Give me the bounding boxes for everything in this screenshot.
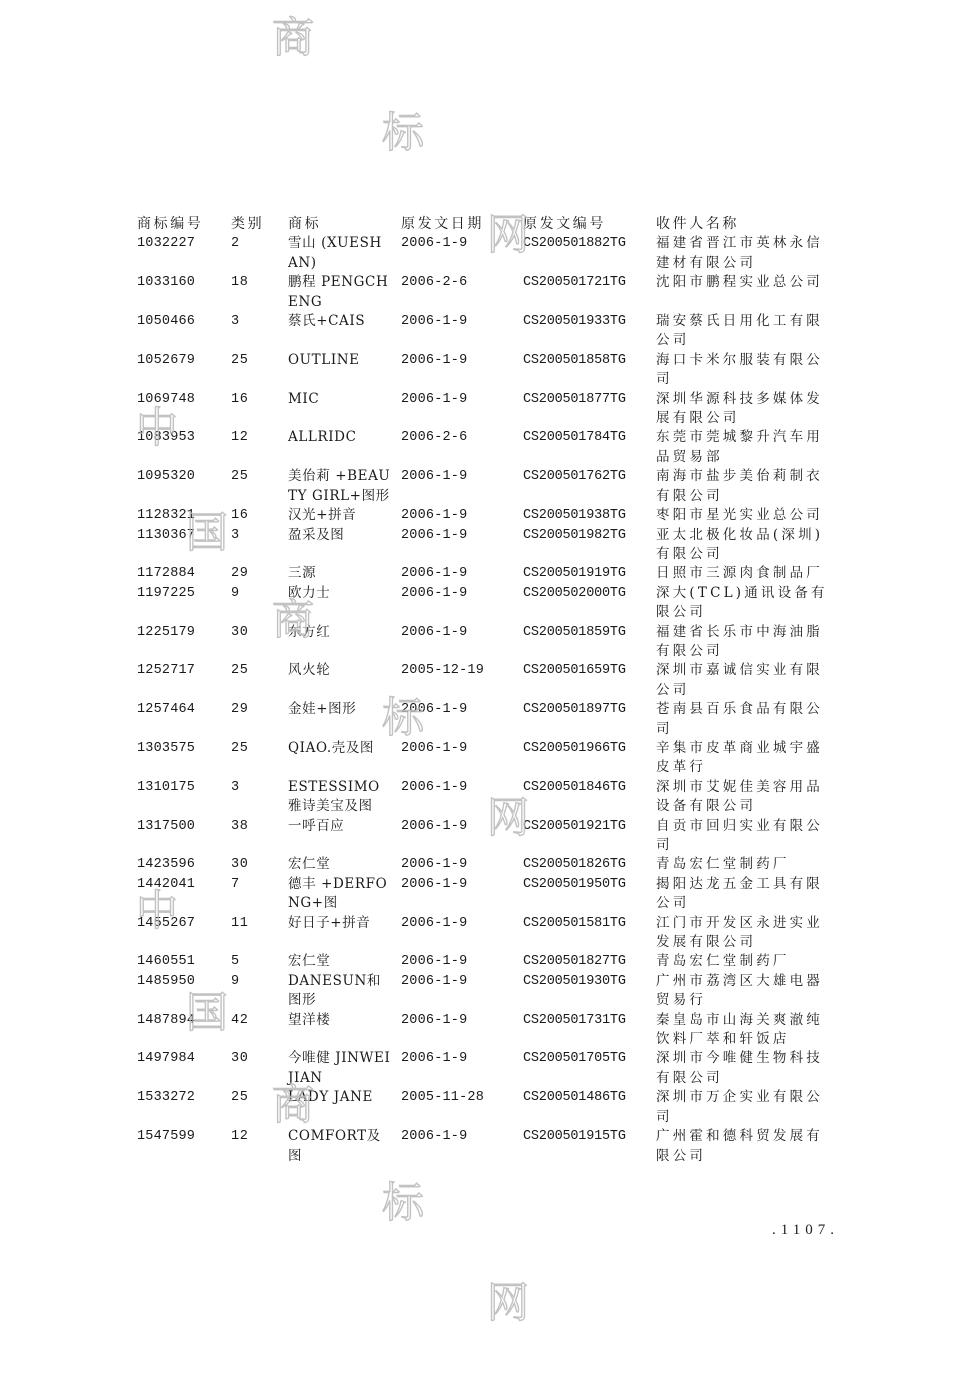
cell-class: 25 — [231, 739, 288, 758]
trademark-text: 宏仁堂 — [288, 952, 392, 971]
cell-original-doc-no: CS200501581TG — [523, 914, 656, 933]
cell-class: 2 — [231, 234, 288, 253]
trademark-text: MIC — [288, 390, 392, 409]
table-row: 153327225LADY JANE2005-11-28CS200501486T… — [137, 1088, 857, 1127]
cell-original-date: 2006-2-6 — [401, 428, 523, 447]
cell-recipient-name: 瑞安蔡氏日用化工有限公司 — [656, 312, 834, 351]
watermark-glyph: 网 — [487, 1280, 529, 1326]
cell-original-date: 2006-1-9 — [401, 778, 523, 797]
table-row: 106974816MIC2006-1-9CS200501877TG深圳华源科技多… — [137, 390, 857, 429]
page-number: .1107. — [772, 1222, 839, 1239]
cell-original-date: 2006-1-9 — [401, 1011, 523, 1030]
cell-trademark-number: 1128321 — [137, 506, 231, 525]
cell-original-doc-no: CS200501915TG — [523, 1127, 656, 1146]
cell-original-doc-no: CS200501486TG — [523, 1088, 656, 1107]
cell-trademark: ESTESSIMO雅诗美宝及图 — [288, 778, 401, 817]
cell-recipient-name: 福建省晋江市英林永信建材有限公司 — [656, 234, 834, 273]
cell-recipient-name: 深圳市嘉诚信实业有限公司 — [656, 661, 834, 700]
table-row: 122517930东方红2006-1-9CS200501859TG福建省长乐市中… — [137, 623, 857, 662]
cell-recipient-name: 秦皇岛市山海关爽澈纯饮料厂萃和轩饭店 — [656, 1011, 834, 1050]
cell-class: 42 — [231, 1011, 288, 1030]
header-class: 类别 — [231, 215, 288, 234]
table-row: 112832116汉光+拼音2006-1-9CS200501938TG枣阳市星光… — [137, 506, 857, 525]
cell-original-date: 2006-1-9 — [401, 972, 523, 991]
table-row: 125746429金娃+图形2006-1-9CS200501897TG苍南县百乐… — [137, 700, 857, 739]
table-row: 117288429三源2006-1-9CS200501919TG日照市三源肉食制… — [137, 564, 857, 583]
cell-original-date: 2006-1-9 — [401, 564, 523, 583]
cell-original-doc-no: CS200501877TG — [523, 390, 656, 409]
cell-recipient-name: 深圳市今唯健生物科技有限公司 — [656, 1049, 834, 1088]
table-row: 131750038一呼百应2006-1-9CS200501921TG自贡市回归实… — [137, 817, 857, 856]
cell-recipient-name: 南海市盐步美佁莉制衣有限公司 — [656, 467, 834, 506]
header-trademark: 商标 — [288, 215, 401, 234]
cell-trademark-number: 1423596 — [137, 855, 231, 874]
cell-trademark: 一呼百应 — [288, 817, 401, 836]
cell-original-doc-no: CS200501659TG — [523, 661, 656, 680]
cell-trademark-number: 1083953 — [137, 428, 231, 447]
cell-original-doc-no: CS200501846TG — [523, 778, 656, 797]
cell-trademark: 望洋楼 — [288, 1011, 401, 1030]
cell-trademark: 今唯健 JINWEIJIAN — [288, 1049, 401, 1088]
table-row: 125271725风火轮2005-12-19CS200501659TG深圳市嘉诚… — [137, 661, 857, 700]
cell-original-date: 2005-12-19 — [401, 661, 523, 680]
cell-class: 38 — [231, 817, 288, 836]
table-header-row: 商标编号 类别 商标 原发文日期 原发文编号 收件人名称 — [137, 215, 857, 234]
cell-original-doc-no: CS200501930TG — [523, 972, 656, 991]
cell-original-doc-no: CS200501705TG — [523, 1049, 656, 1068]
cell-trademark-number: 1460551 — [137, 952, 231, 971]
cell-recipient-name: 深圳华源科技多媒体发展有限公司 — [656, 390, 834, 429]
cell-trademark-number: 1130367 — [137, 526, 231, 545]
table-row: 105267925OUTLINE2006-1-9CS200501858TG海口卡… — [137, 351, 857, 390]
cell-class: 11 — [231, 914, 288, 933]
cell-trademark-number: 1197225 — [137, 584, 231, 603]
trademark-text: OUTLINE — [288, 351, 392, 370]
cell-class: 30 — [231, 623, 288, 642]
cell-recipient-name: 苍南县百乐食品有限公司 — [656, 700, 834, 739]
cell-trademark-number: 1487894 — [137, 1011, 231, 1030]
trademark-table: 商标编号 类别 商标 原发文日期 原发文编号 收件人名称 10322272雪山 … — [137, 215, 857, 1166]
cell-class: 30 — [231, 855, 288, 874]
cell-original-date: 2006-1-9 — [401, 390, 523, 409]
cell-class: 18 — [231, 273, 288, 292]
cell-trademark-number: 1257464 — [137, 700, 231, 719]
cell-original-doc-no: CS200501859TG — [523, 623, 656, 642]
table-row: 11303673盈采及图2006-1-9CS200501982TG亚太北极化妆品… — [137, 526, 857, 565]
table-row: 154759912COMFORT及图2006-1-9CS200501915TG广… — [137, 1127, 857, 1166]
table-row: 14859509DANESUN和图形2006-1-9CS200501930TG广… — [137, 972, 857, 1011]
cell-original-doc-no: CS200501858TG — [523, 351, 656, 370]
cell-trademark-number: 1533272 — [137, 1088, 231, 1107]
cell-original-date: 2006-1-9 — [401, 526, 523, 545]
trademark-text: 宏仁堂 — [288, 855, 392, 874]
cell-original-doc-no: CS200501950TG — [523, 875, 656, 894]
header-original-date: 原发文日期 — [401, 215, 523, 234]
cell-original-date: 2006-1-9 — [401, 506, 523, 525]
cell-original-date: 2006-1-9 — [401, 623, 523, 642]
table-row: 10504663蔡氏+CAIS2006-1-9CS200501933TG瑞安蔡氏… — [137, 312, 857, 351]
cell-original-doc-no: CS200501721TG — [523, 273, 656, 292]
cell-recipient-name: 自贡市回归实业有限公司 — [656, 817, 834, 856]
cell-trademark-number: 1095320 — [137, 467, 231, 486]
cell-trademark: 欧力士 — [288, 584, 401, 603]
cell-trademark: 德丰 +DERFONG+图 — [288, 875, 401, 914]
table-row: 14605515宏仁堂2006-1-9CS200501827TG青岛宏仁堂制药厂 — [137, 952, 857, 971]
cell-trademark: 宏仁堂 — [288, 952, 401, 971]
cell-trademark-number: 1547599 — [137, 1127, 231, 1146]
cell-original-date: 2006-1-9 — [401, 312, 523, 331]
cell-class: 12 — [231, 428, 288, 447]
cell-original-doc-no: CS200501938TG — [523, 506, 656, 525]
cell-original-date: 2006-1-9 — [401, 584, 523, 603]
cell-recipient-name: 揭阳达龙五金工具有限公司 — [656, 875, 834, 914]
trademark-text: ESTESSIMO雅诗美宝及图 — [288, 778, 392, 817]
cell-trademark: 蔡氏+CAIS — [288, 312, 401, 331]
trademark-text: 东方红 — [288, 623, 392, 642]
cell-class: 29 — [231, 700, 288, 719]
cell-original-doc-no: CS200501897TG — [523, 700, 656, 719]
table-body: 10322272雪山 (XUESHAN)2006-1-9CS200501882T… — [137, 234, 857, 1166]
cell-original-doc-no: CS200501966TG — [523, 739, 656, 758]
trademark-text: 汉光+拼音 — [288, 506, 392, 525]
cell-recipient-name: 亚太北极化妆品(深圳)有限公司 — [656, 526, 834, 565]
cell-trademark: 鹏程 PENGCHENG — [288, 273, 401, 312]
cell-original-date: 2006-1-9 — [401, 234, 523, 253]
table-row: 11972259欧力士2006-1-9CS200502000TG深大(TCL)通… — [137, 584, 857, 623]
trademark-text: 蔡氏+CAIS — [288, 312, 392, 331]
table-row: 109532025美佁莉 +BEAUTY GIRL+图形2006-1-9CS20… — [137, 467, 857, 506]
cell-original-doc-no: CS200501919TG — [523, 564, 656, 583]
cell-original-doc-no: CS200501933TG — [523, 312, 656, 331]
trademark-text: 金娃+图形 — [288, 700, 392, 719]
document-page: 商标编号 类别 商标 原发文日期 原发文编号 收件人名称 10322272雪山 … — [0, 0, 980, 1400]
trademark-text: 望洋楼 — [288, 1011, 392, 1030]
cell-original-date: 2006-1-9 — [401, 351, 523, 370]
cell-class: 3 — [231, 312, 288, 331]
cell-recipient-name: 沈阳市鹏程实业总公司 — [656, 273, 834, 292]
trademark-text: 今唯健 JINWEIJIAN — [288, 1049, 392, 1088]
cell-class: 25 — [231, 1088, 288, 1107]
table-row: 149798430今唯健 JINWEIJIAN2006-1-9CS2005017… — [137, 1049, 857, 1088]
cell-trademark-number: 1069748 — [137, 390, 231, 409]
trademark-text: 欧力士 — [288, 584, 392, 603]
cell-trademark-number: 1497984 — [137, 1049, 231, 1068]
cell-class: 25 — [231, 661, 288, 680]
trademark-text: 三源 — [288, 564, 392, 583]
cell-recipient-name: 日照市三源肉食制品厂 — [656, 564, 834, 583]
header-trademark-number: 商标编号 — [137, 215, 231, 234]
cell-recipient-name: 青岛宏仁堂制药厂 — [656, 952, 834, 971]
cell-original-date: 2006-1-9 — [401, 875, 523, 894]
cell-class: 9 — [231, 972, 288, 991]
table-row: 108395312ALLRIDC2006-2-6CS200501784TG东莞市… — [137, 428, 857, 467]
trademark-text: LADY JANE — [288, 1088, 392, 1107]
cell-trademark-number: 1317500 — [137, 817, 231, 836]
watermark-glyph: 标 — [382, 110, 424, 156]
cell-original-date: 2006-1-9 — [401, 952, 523, 971]
cell-recipient-name: 青岛宏仁堂制药厂 — [656, 855, 834, 874]
cell-original-doc-no: CS200501784TG — [523, 428, 656, 447]
cell-trademark-number: 1050466 — [137, 312, 231, 331]
cell-trademark-number: 1032227 — [137, 234, 231, 253]
cell-trademark: 好日子+拼音 — [288, 914, 401, 933]
cell-recipient-name: 深圳市万企实业有限公司 — [656, 1088, 834, 1127]
table-row: 10322272雪山 (XUESHAN)2006-1-9CS200501882T… — [137, 234, 857, 273]
watermark-glyph: 商 — [272, 15, 314, 61]
cell-trademark: 宏仁堂 — [288, 855, 401, 874]
cell-original-doc-no: CS200501826TG — [523, 855, 656, 874]
cell-original-date: 2006-1-9 — [401, 914, 523, 933]
header-recipient-name: 收件人名称 — [656, 215, 834, 234]
cell-trademark: COMFORT及图 — [288, 1127, 401, 1166]
table-row: 13101753ESTESSIMO雅诗美宝及图2006-1-9CS2005018… — [137, 778, 857, 817]
cell-recipient-name: 东莞市莞城黎升汽车用品贸易部 — [656, 428, 834, 467]
cell-recipient-name: 枣阳市星光实业总公司 — [656, 506, 834, 525]
cell-class: 5 — [231, 952, 288, 971]
cell-trademark-number: 1252717 — [137, 661, 231, 680]
cell-recipient-name: 深大(TCL)通讯设备有限公司 — [656, 584, 834, 623]
trademark-text: 好日子+拼音 — [288, 914, 392, 933]
cell-trademark: 盈采及图 — [288, 526, 401, 545]
cell-original-doc-no: CS200501921TG — [523, 817, 656, 836]
trademark-text: QIAO.壳及图 — [288, 739, 392, 758]
trademark-text: 鹏程 PENGCHENG — [288, 273, 392, 312]
cell-trademark-number: 1303575 — [137, 739, 231, 758]
table-row: 14420417德丰 +DERFONG+图2006-1-9CS200501950… — [137, 875, 857, 914]
cell-class: 25 — [231, 467, 288, 486]
cell-trademark: ALLRIDC — [288, 428, 401, 447]
cell-original-date: 2006-1-9 — [401, 817, 523, 836]
cell-original-doc-no: CS200501982TG — [523, 526, 656, 545]
trademark-text: 盈采及图 — [288, 526, 392, 545]
cell-class: 30 — [231, 1049, 288, 1068]
cell-original-doc-no: CS200501882TG — [523, 234, 656, 253]
table-row: 103316018鹏程 PENGCHENG2006-2-6CS200501721… — [137, 273, 857, 312]
header-original-doc-no: 原发文编号 — [523, 215, 656, 234]
trademark-text: 美佁莉 +BEAUTY GIRL+图形 — [288, 467, 392, 506]
table-row: 130357525QIAO.壳及图2006-1-9CS200501966TG辛集… — [137, 739, 857, 778]
cell-trademark: 金娃+图形 — [288, 700, 401, 719]
table-row: 148789442望洋楼2006-1-9CS200501731TG秦皇岛市山海关… — [137, 1011, 857, 1050]
cell-trademark: QIAO.壳及图 — [288, 739, 401, 758]
cell-trademark: LADY JANE — [288, 1088, 401, 1107]
cell-recipient-name: 深圳市艾妮佳美容用品设备有限公司 — [656, 778, 834, 817]
table-row: 145526711好日子+拼音2006-1-9CS200501581TG江门市开… — [137, 914, 857, 953]
cell-original-doc-no: CS200501827TG — [523, 952, 656, 971]
trademark-text: COMFORT及图 — [288, 1127, 392, 1166]
cell-class: 16 — [231, 506, 288, 525]
cell-trademark: 三源 — [288, 564, 401, 583]
cell-class: 25 — [231, 351, 288, 370]
cell-original-date: 2006-1-9 — [401, 1127, 523, 1146]
trademark-text: ALLRIDC — [288, 428, 392, 447]
cell-recipient-name: 福建省长乐市中海油脂有限公司 — [656, 623, 834, 662]
cell-original-doc-no: CS200502000TG — [523, 584, 656, 603]
cell-original-date: 2006-1-9 — [401, 739, 523, 758]
cell-original-date: 2006-1-9 — [401, 1049, 523, 1068]
cell-trademark: 汉光+拼音 — [288, 506, 401, 525]
cell-trademark: 美佁莉 +BEAUTY GIRL+图形 — [288, 467, 401, 506]
cell-class: 3 — [231, 778, 288, 797]
cell-recipient-name: 广州市荔湾区大雄电器贸易行 — [656, 972, 834, 1011]
cell-class: 7 — [231, 875, 288, 894]
cell-trademark-number: 1033160 — [137, 273, 231, 292]
cell-trademark: OUTLINE — [288, 351, 401, 370]
cell-trademark-number: 1442041 — [137, 875, 231, 894]
cell-class: 9 — [231, 584, 288, 603]
cell-trademark: 雪山 (XUESHAN) — [288, 234, 401, 273]
cell-trademark-number: 1172884 — [137, 564, 231, 583]
cell-class: 29 — [231, 564, 288, 583]
trademark-text: 风火轮 — [288, 661, 392, 680]
cell-trademark-number: 1052679 — [137, 351, 231, 370]
cell-original-date: 2006-1-9 — [401, 855, 523, 874]
cell-original-doc-no: CS200501762TG — [523, 467, 656, 486]
trademark-text: 雪山 (XUESHAN) — [288, 234, 392, 273]
cell-recipient-name: 江门市开发区永进实业发展有限公司 — [656, 914, 834, 953]
cell-class: 16 — [231, 390, 288, 409]
cell-trademark-number: 1455267 — [137, 914, 231, 933]
cell-trademark-number: 1225179 — [137, 623, 231, 642]
cell-original-doc-no: CS200501731TG — [523, 1011, 656, 1030]
cell-trademark-number: 1485950 — [137, 972, 231, 991]
cell-trademark: MIC — [288, 390, 401, 409]
cell-recipient-name: 辛集市皮革商业城宇盛皮革行 — [656, 739, 834, 778]
cell-trademark: DANESUN和图形 — [288, 972, 401, 1011]
cell-original-date: 2006-1-9 — [401, 467, 523, 486]
cell-trademark-number: 1310175 — [137, 778, 231, 797]
cell-recipient-name: 海口卡米尔服装有限公司 — [656, 351, 834, 390]
cell-original-date: 2006-1-9 — [401, 700, 523, 719]
cell-original-date: 2006-2-6 — [401, 273, 523, 292]
cell-class: 12 — [231, 1127, 288, 1146]
cell-trademark: 风火轮 — [288, 661, 401, 680]
cell-original-date: 2005-11-28 — [401, 1088, 523, 1107]
cell-class: 3 — [231, 526, 288, 545]
table-row: 142359630宏仁堂2006-1-9CS200501826TG青岛宏仁堂制药… — [137, 855, 857, 874]
trademark-text: DANESUN和图形 — [288, 972, 392, 1011]
cell-recipient-name: 广州霍和德科贸发展有限公司 — [656, 1127, 834, 1166]
trademark-text: 一呼百应 — [288, 817, 392, 836]
trademark-text: 德丰 +DERFONG+图 — [288, 875, 392, 914]
watermark-glyph: 标 — [382, 1180, 424, 1226]
cell-trademark: 东方红 — [288, 623, 401, 642]
